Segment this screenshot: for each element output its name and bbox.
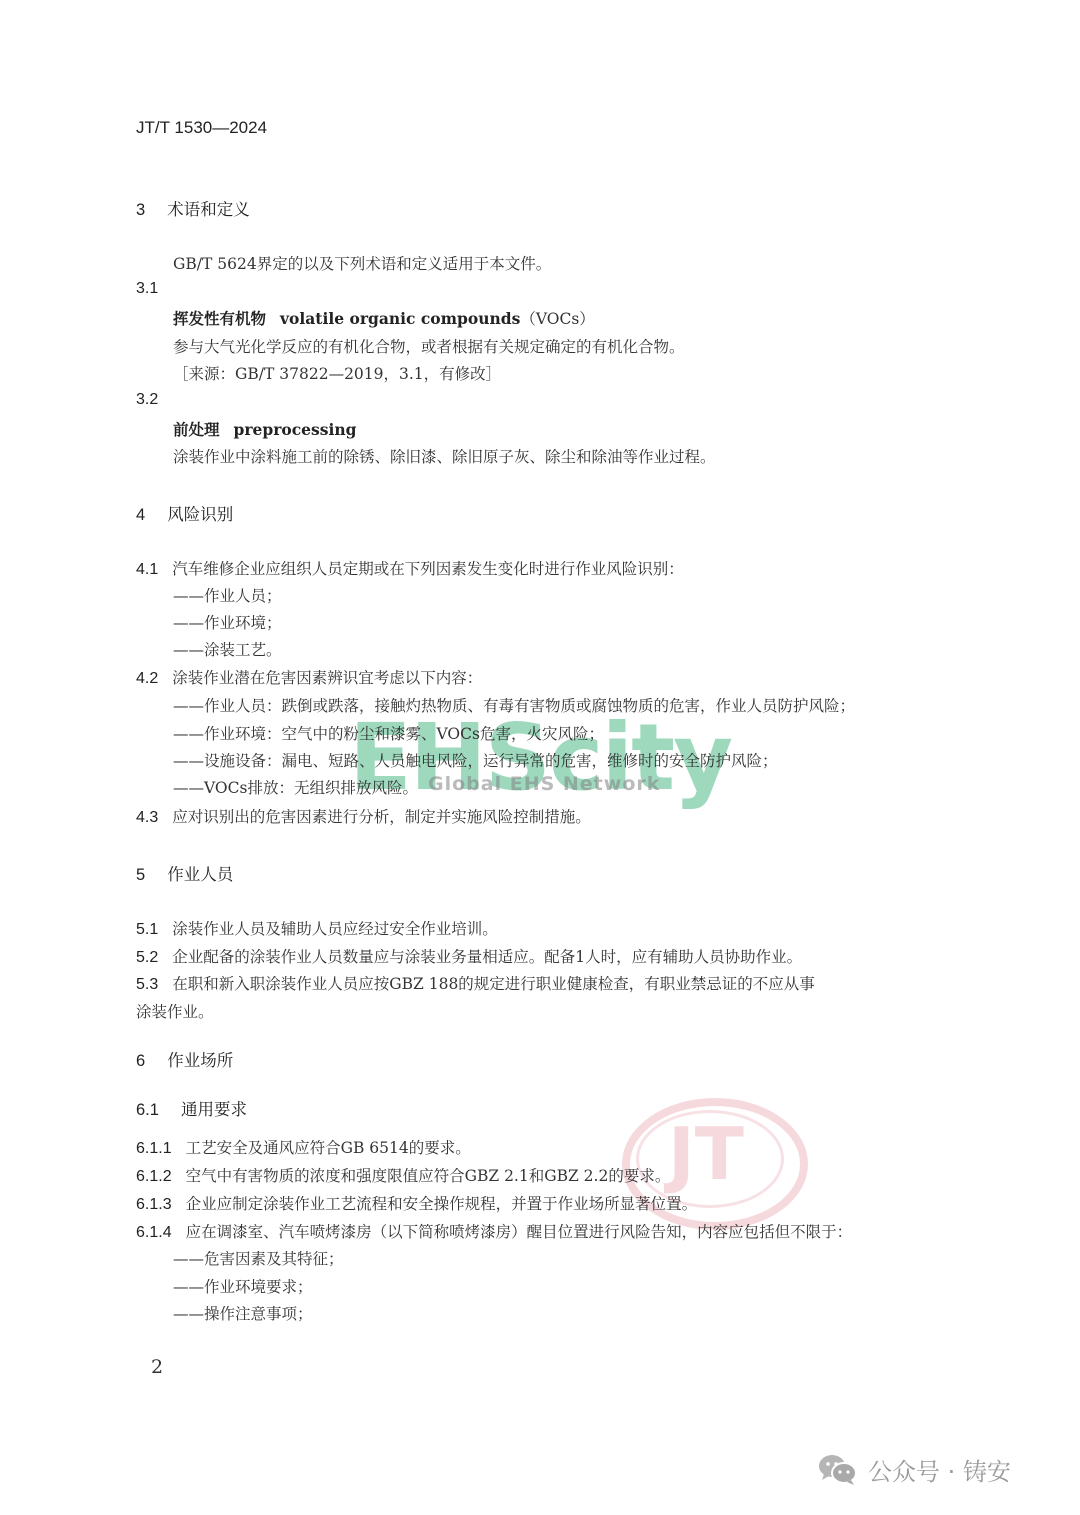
list-item: ——涂装工艺。 [173, 638, 282, 660]
clause-text: 企业配备的涂装作业人员数量应与涂装业务量相适应。配备1人时，应有辅助人员协助作业… [172, 948, 802, 966]
clause-5-3: 5.3在职和新入职涂装作业人员应按GBZ 188的规定进行职业健康检查，有职业禁… [136, 972, 815, 994]
clause-5-3-continued: 涂装作业。 [136, 1000, 214, 1022]
clause-5-2: 5.2企业配备的涂装作业人员数量应与涂装业务量相适应。配备1人时，应有辅助人员协… [136, 945, 802, 967]
list-item: ——作业人员； [173, 584, 282, 606]
clause-4-2: 4.2涂装作业潜在危害因素辨识宜考虑以下内容： [136, 666, 482, 688]
list-item: ——作业环境：空气中的粉尘和漆雾、VOCs危害，火灾风险； [173, 722, 604, 744]
wechat-icon [818, 1454, 858, 1486]
clause-text: 应对识别出的危害因素进行分析，制定并实施风险控制措施。 [172, 808, 591, 826]
clause-4-1: 4.1汽车维修企业应组织人员定期或在下列因素发生变化时进行作业风险识别： [136, 557, 684, 579]
term-3-2-number: 3.2 [136, 391, 158, 409]
clause-6-1-4: 6.1.4应在调漆室、汽车喷烤漆房（以下简称喷烤漆房）醒目位置进行风险告知，内容… [136, 1220, 852, 1242]
clause-number: 5.2 [136, 949, 158, 966]
clause-number: 6.1.1 [136, 1140, 172, 1157]
clause-text: 工艺安全及通风应符合GB 6514的要求。 [186, 1139, 471, 1157]
clause-text: 企业应制定涂装作业工艺流程和安全操作规程，并置于作业场所显著位置。 [186, 1195, 698, 1213]
footer-account-mark[interactable]: 公众号 · 铸安 [818, 1452, 1011, 1487]
section-5-heading: 5作业人员 [136, 861, 233, 885]
section-4-heading: 4风险识别 [136, 501, 233, 525]
section-number: 3 [136, 201, 145, 219]
jt-stamp-text: JT [668, 1118, 744, 1190]
section-3-heading: 3术语和定义 [136, 196, 250, 220]
term-3-1-name: 挥发性有机物volatile organic compounds（VOCs） [173, 307, 595, 329]
section-6-1-heading: 6.1通用要求 [136, 1096, 247, 1120]
term-3-1-definition: 参与大气光化学反应的有机化合物，或者根据有关规定确定的有机化合物。 [173, 335, 685, 357]
section-number: 4 [136, 506, 145, 524]
term-3-1-source: ［来源：GB/T 37822—2019，3.1，有修改］ [173, 362, 501, 384]
list-item: ——作业人员：跌倒或跌落，接触灼热物质、有毒有害物质或腐蚀物质的危害，作业人员防… [173, 694, 855, 716]
section-title: 作业人员 [167, 866, 233, 884]
list-item: ——VOCs排放：无组织排放风险。 [173, 776, 418, 798]
term-en: volatile organic compounds [280, 309, 520, 328]
clause-6-1-2: 6.1.2空气中有害物质的浓度和强度限值应符合GBZ 2.1和GBZ 2.2的要… [136, 1164, 670, 1186]
section-title: 风险识别 [167, 506, 233, 524]
doc-header: JT/T 1530—2024 [136, 118, 267, 138]
clause-text: 空气中有害物质的浓度和强度限值应符合GBZ 2.1和GBZ 2.2的要求。 [186, 1167, 671, 1185]
list-item: ——操作注意事项； [173, 1302, 313, 1324]
clause-number: 4.3 [136, 809, 158, 826]
clause-6-1-3: 6.1.3企业应制定涂装作业工艺流程和安全操作规程，并置于作业场所显著位置。 [136, 1192, 697, 1214]
page-number: 2 [151, 1356, 163, 1378]
clause-text: 涂装作业潜在危害因素辨识宜考虑以下内容： [172, 669, 482, 687]
list-item: ——设施设备：漏电、短路、人员触电风险，运行异常的危害，维修时的安全防护风险； [173, 749, 778, 771]
section-title: 通用要求 [181, 1101, 247, 1119]
clause-number: 6.1.4 [136, 1224, 172, 1241]
section-title: 作业场所 [167, 1052, 233, 1070]
section-number: 5 [136, 866, 145, 884]
term-3-1-number: 3.1 [136, 280, 158, 298]
list-item: ——危害因素及其特征； [173, 1247, 344, 1269]
section-title: 术语和定义 [167, 201, 250, 219]
term-abbr: （VOCs） [520, 310, 594, 328]
clause-5-1: 5.1涂装作业人员及辅助人员应经过安全作业培训。 [136, 917, 498, 939]
clause-text: 涂装作业人员及辅助人员应经过安全作业培训。 [172, 920, 498, 938]
section-number: 6.1 [136, 1101, 159, 1119]
clause-number: 6.1.3 [136, 1196, 172, 1213]
account-label: 公众号 · 铸安 [868, 1452, 1011, 1487]
term-en: preprocessing [234, 420, 357, 439]
clause-text: 汽车维修企业应组织人员定期或在下列因素发生变化时进行作业风险识别： [172, 560, 684, 578]
list-item: ——作业环境； [173, 611, 282, 633]
section-6-heading: 6作业场所 [136, 1047, 233, 1071]
term-cn: 挥发性有机物 [173, 309, 266, 328]
term-cn: 前处理 [173, 420, 220, 439]
term-3-2-definition: 涂装作业中涂料施工前的除锈、除旧漆、除旧原子灰、除尘和除油等作业过程。 [173, 445, 716, 467]
clause-number: 5.1 [136, 921, 158, 938]
term-3-2-name: 前处理preprocessing [173, 418, 356, 440]
section-3-intro: GB/T 5624界定的以及下列术语和定义适用于本文件。 [173, 252, 551, 274]
clause-6-1-1: 6.1.1工艺安全及通风应符合GB 6514的要求。 [136, 1136, 471, 1158]
section-number: 6 [136, 1052, 145, 1070]
clause-number: 4.2 [136, 670, 158, 687]
clause-number: 5.3 [136, 976, 158, 993]
clause-text: 应在调漆室、汽车喷烤漆房（以下简称喷烤漆房）醒目位置进行风险告知，内容应包括但不… [186, 1223, 853, 1241]
clause-number: 6.1.2 [136, 1168, 172, 1185]
clause-4-3: 4.3应对识别出的危害因素进行分析，制定并实施风险控制措施。 [136, 805, 591, 827]
ehs-watermark-tagline: Global EHS Network [428, 773, 660, 795]
clause-text: 在职和新入职涂装作业人员应按GBZ 188的规定进行职业健康检查，有职业禁忌证的… [172, 975, 815, 993]
clause-number: 4.1 [136, 561, 158, 578]
list-item: ——作业环境要求； [173, 1275, 313, 1297]
